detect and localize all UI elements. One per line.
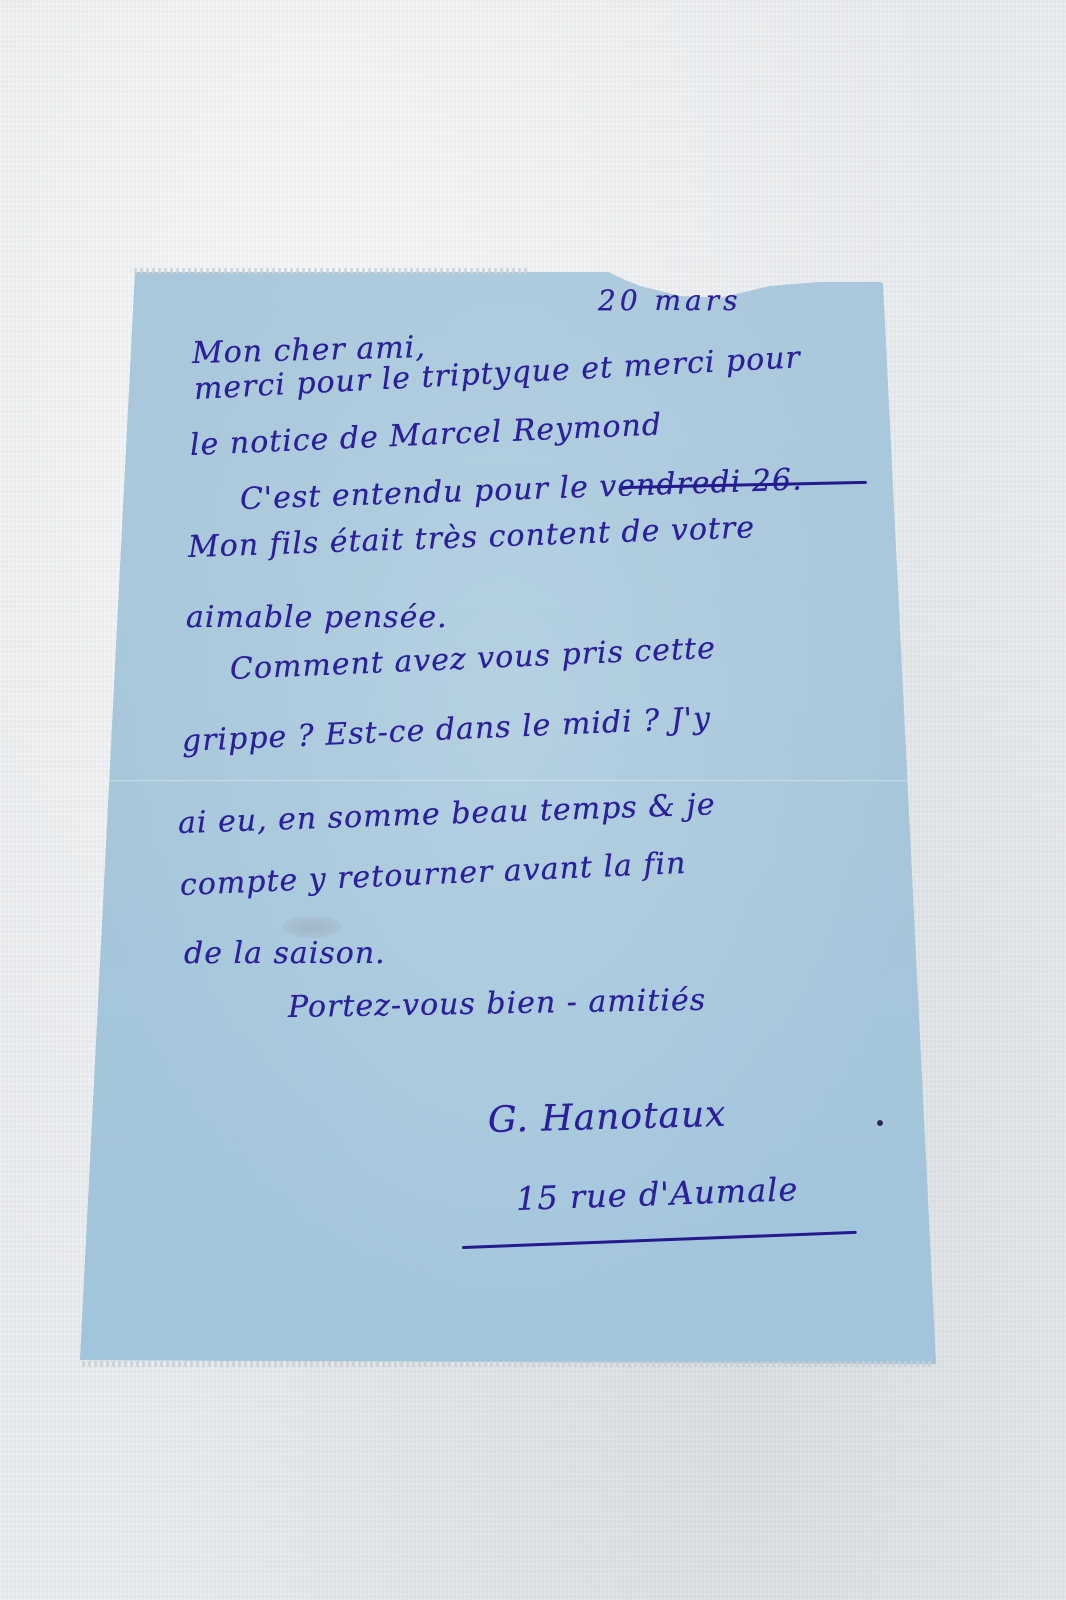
letter-date: 20 mars xyxy=(598,284,742,317)
perforated-edge-top xyxy=(134,268,530,274)
letter-line-10: de la saison. xyxy=(184,936,386,971)
ink-speck xyxy=(877,1120,883,1126)
perforated-edge-bottom xyxy=(82,1361,934,1367)
fold-line xyxy=(80,780,936,783)
letter-closing: Portez-vous bien - amitiés xyxy=(288,983,707,1025)
letter-line-5: aimable pensée. xyxy=(186,600,448,635)
paper-stain xyxy=(282,916,342,938)
letter-signature: G. Hanotaux xyxy=(487,1094,726,1141)
